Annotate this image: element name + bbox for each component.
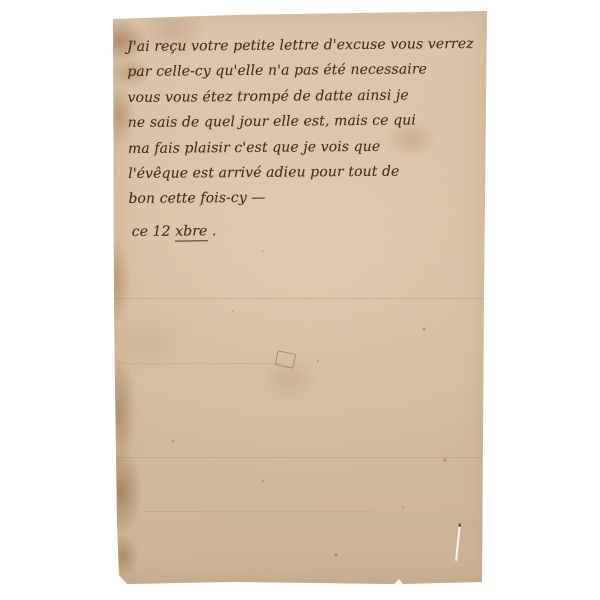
- manuscript-line: J'ai reçu votre petite lettre d'excuse v…: [127, 32, 483, 61]
- manuscript-line: ma fais plaisir c'est que je vois que: [128, 134, 484, 163]
- manuscript-line: vous vous étez trompé de datte ainsi je: [127, 83, 483, 112]
- fold-line: [113, 298, 487, 299]
- date-line: ce 12 xbre .: [129, 217, 485, 246]
- fold-line: [113, 457, 487, 458]
- fold-line: [143, 511, 373, 512]
- fold-line: [113, 363, 283, 364]
- letter-body: J'ai reçu votre petite lettre d'excuse v…: [127, 32, 485, 245]
- date-prefix: ce 12: [132, 223, 176, 239]
- manuscript-line: ne sais de quel jour elle est, mais ce q…: [128, 108, 484, 137]
- letter-sheet: J'ai reçu votre petite lettre d'excuse v…: [113, 11, 487, 584]
- date-suffix: .: [207, 223, 216, 239]
- manuscript-line: par celle-cy qu'elle n'a pas été necessa…: [127, 57, 483, 86]
- scan-background: J'ai reçu votre petite lettre d'excuse v…: [0, 0, 600, 600]
- manuscript-line: bon cette fois-cy —: [128, 184, 484, 213]
- scratch-mark: [455, 523, 461, 561]
- date-month-abbr: xbre: [175, 223, 207, 241]
- pencil-mark: [275, 350, 297, 369]
- manuscript-line: l'évêque est arrivé adieu pour tout de: [128, 159, 484, 188]
